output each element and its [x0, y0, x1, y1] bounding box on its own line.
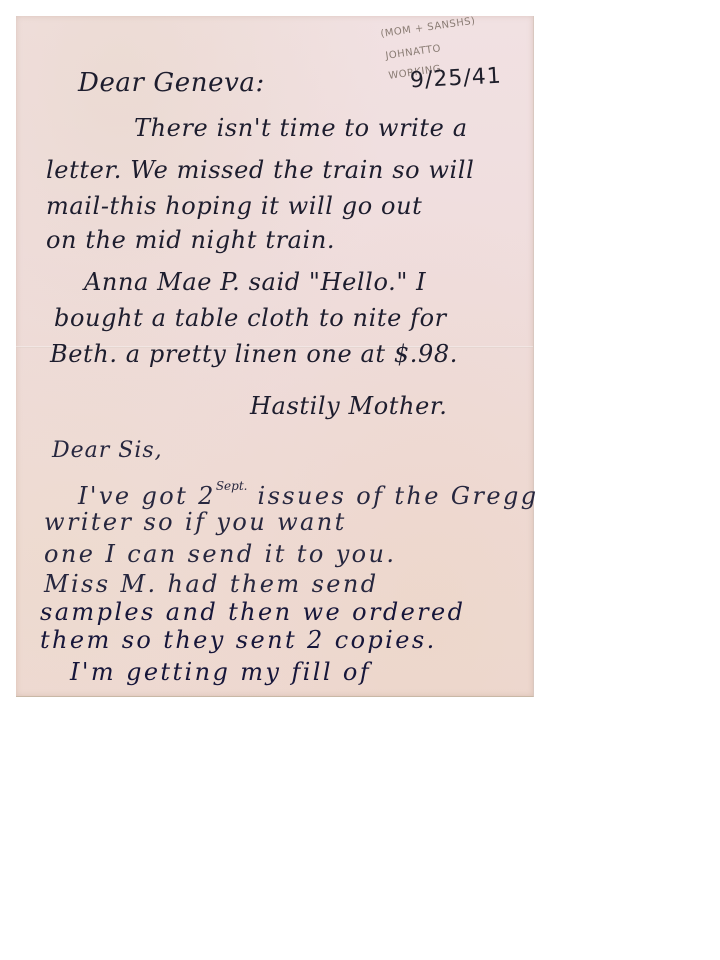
letter2-line-1-start: I've got 2 [78, 482, 216, 510]
letter2-line-5: samples and then we ordered [40, 600, 465, 624]
letter2-line-1: I've got 2Sept. issues of the Gregg [78, 480, 538, 508]
letter2-line-1-end: issues of the Gregg [258, 482, 539, 510]
salutation-geneva: Dear Geneva: [78, 70, 265, 96]
letter2-superscript-sept: Sept. [216, 479, 248, 493]
letter2-line-6: them so they sent 2 copies. [40, 628, 437, 652]
letter2-line-3: one I can send it to you. [44, 542, 396, 566]
letter1-line-3: mail-this hoping it will go out [46, 194, 422, 218]
letter2-line-2: writer so if you want [44, 510, 347, 534]
letter1-line-1: There isn't time to write a [134, 116, 468, 140]
closing-signature-mother: Hastily Mother. [250, 394, 448, 418]
salutation-sis: Dear Sis, [52, 440, 163, 462]
letter1-line-2: letter. We missed the train so will [46, 158, 474, 182]
letter1-line-5: Anna Mae P. said "Hello." I [84, 270, 426, 294]
letter1-line-6: bought a table cloth to nite for [54, 306, 447, 330]
letter-date: 9/25/41 [409, 64, 502, 94]
letter1-line-4: on the mid night train. [46, 228, 335, 252]
letter1-line-7: Beth. a pretty linen one at $.98. [50, 342, 458, 366]
letter2-line-4: Miss M. had them send [44, 572, 379, 596]
letter2-line-7: I'm getting my fill of [70, 660, 371, 684]
